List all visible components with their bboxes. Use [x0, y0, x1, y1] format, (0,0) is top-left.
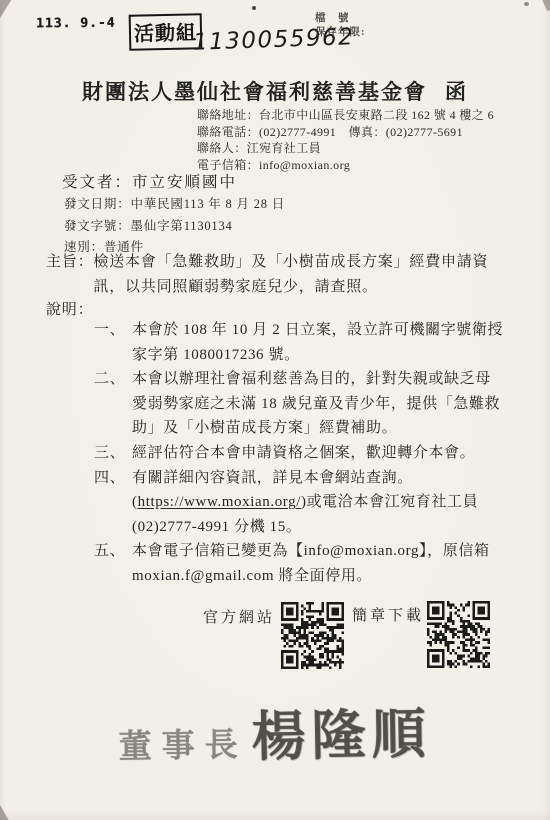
subject-label: 主旨： [46, 250, 93, 300]
chairman-title-stamp: 董事長 [118, 727, 248, 765]
website-qr-code [281, 602, 344, 669]
contact-person: 聯絡人：江宛育社工員 [197, 140, 527, 157]
administrative-marks: 113. 9.-4 活動組 1130055962 檔 號 保存年限: [0, 10, 550, 60]
item-text: 本會電子信箱已變更為【info@moxian.org】，原信箱 moxian.f… [132, 539, 506, 588]
explanation-item-1: 一、 本會於 108 年 10 月 2 日立案，設立許可機關字號衛授家字第 10… [94, 318, 514, 367]
activity-group-stamp: 活動組 [129, 13, 203, 51]
document-type: 函 [445, 80, 468, 104]
file-number-block: 檔 號 保存年限: [315, 12, 366, 40]
contact-block: 聯絡地址：台北市中山區長安東路二段 162 號 4 樓之 6 聯絡電話：(02)… [197, 107, 527, 173]
explanation-label: 說明： [46, 298, 93, 319]
brochure-qr-code [427, 601, 490, 668]
organization-name: 財團法人墨仙社會福利慈善基金會 [82, 80, 427, 104]
item-text: 有關詳細內容資訊，詳見本會網站查詢。 (https://www.moxian.o… [132, 466, 506, 540]
scan-corner-artifact [0, 803, 10, 820]
contact-address: 聯絡地址：台北市中山區長安東路二段 162 號 4 樓之 6 [197, 107, 527, 124]
official-website-label: 官方網站 [203, 606, 275, 627]
received-date-stamp: 113. 9.-4 [36, 16, 116, 32]
file-number-label: 檔 號 [315, 12, 366, 26]
subject-section: 主旨： 檢送本會「急難救助」及「小樹苗成長方案」經費申請資訊，以共同照顧弱勢家庭… [46, 250, 516, 300]
item-number: 二、 [94, 367, 132, 441]
item-text-line: 有關詳細內容資訊，詳見本會網站查詢。 [132, 466, 506, 491]
item-text: 經評估符合本會申請資格之個案，歡迎轉介本會。 [132, 441, 506, 466]
item-number: 四、 [94, 466, 132, 540]
website-url: https://www.moxian.org/ [138, 494, 301, 510]
subject-text: 檢送本會「急難救助」及「小樹苗成長方案」經費申請資訊，以共同照顧弱勢家庭兒少，請… [93, 250, 513, 300]
explanation-items: 一、 本會於 108 年 10 月 2 日立案，設立許可機關字號衛授家字第 10… [94, 318, 514, 589]
item-number: 三、 [94, 441, 132, 466]
document-title: 財團法人墨仙社會福利慈善基金會函 [0, 76, 550, 106]
explanation-item-4: 四、 有關詳細內容資訊，詳見本會網站查詢。 (https://www.moxia… [94, 466, 514, 540]
retention-period-label: 保存年限: [315, 26, 366, 40]
explanation-item-2: 二、 本會以辦理社會福利慈善為目的，針對失親或缺乏母愛弱勢家庭之未滿 18 歲兒… [94, 367, 514, 441]
chairman-signature: 楊隆順 [251, 704, 432, 767]
issue-date-line: 發文日期：中華民國113 年 8 月 28 日 [64, 194, 285, 216]
recipient-line: 受文者：市立安順國中 [62, 170, 237, 192]
item-number: 五、 [94, 539, 132, 588]
explanation-item-3: 三、 經評估符合本會申請資格之個案，歡迎轉介本會。 [94, 441, 514, 466]
explanation-item-5: 五、 本會電子信箱已變更為【info@moxian.org】，原信箱 moxia… [94, 539, 514, 588]
item-number: 一、 [94, 318, 132, 367]
item-text: 本會以辦理社會福利慈善為目的，針對失親或缺乏母愛弱勢家庭之未滿 18 歲兒童及青… [132, 367, 506, 441]
qr-code-section: 官方網站 簡章下載 [0, 598, 550, 682]
signature-block: 董事長 楊隆順 [89, 691, 460, 774]
contact-email: 電子信箱：info@moxian.org [197, 157, 527, 174]
item-text: 本會於 108 年 10 月 2 日立案，設立許可機關字號衛授家字第 10800… [132, 318, 506, 367]
doc-number-line: 發文字號：墨仙字第1130134 [64, 216, 285, 238]
document-meta: 發文日期：中華民國113 年 8 月 28 日 發文字號：墨仙字第1130134… [64, 194, 285, 259]
brochure-download-label: 簡章下載 [352, 604, 424, 625]
contact-phone-fax: 聯絡電話：(02)2777-4991 傳真：(02)2777-5691 [197, 124, 527, 141]
scan-speck [524, 2, 529, 6]
